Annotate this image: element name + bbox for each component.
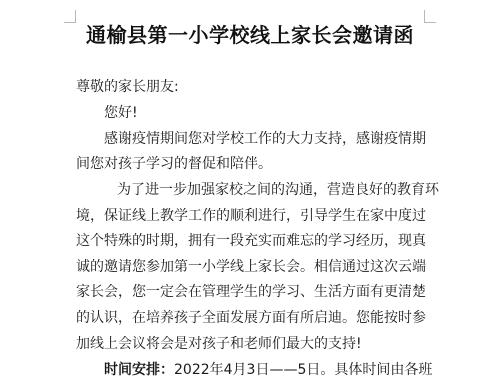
document-title: 通榆县第一小学校线上家长会邀请函 [0,22,500,48]
paragraph-1-line-2: 间您对孩子学习的督促和陪伴。 [76,155,272,173]
paragraph-2-line-1: 为了进一步加强家校之间的沟通，营造良好的教育环 [117,181,439,199]
paragraph-2-line-4: 诚的邀请您参加第一小学线上家长会。相信通过这次云端 [76,258,426,276]
schedule-label: 时间安排： [104,362,174,378]
paragraph-2-line-6: 的认识，在培养孩子全面发展方面有所启迪。您能按时参 [76,309,426,327]
salutation: 尊敬的家长朋友: [76,78,179,96]
schedule-text: 2022年4月3日——5日。具体时间由各班 [174,362,432,378]
paragraph-1-line-1: 感谢疫情期间您对学校工作的大力支持，感谢疫情期 [104,130,426,148]
paragraph-2-line-7: 加线上会议将会是对孩子和老师们最大的支持! [76,335,362,353]
paragraph-2-line-5: 家长会，您一定会在管理学生的学习、生活方面有更清楚 [76,283,426,301]
document-page: 通榆县第一小学校线上家长会邀请函 尊敬的家长朋友: 您好! 感谢疫情期间您对学校… [0,0,500,392]
paragraph-2-line-3: 这个特殊的时期，拥有一段充实而难忘的学习经历，现真 [76,232,426,250]
greeting: 您好! [104,104,138,122]
paragraph-2-line-2: 境，保证线上教学工作的顺利进行，引导学生在家中度过 [76,207,426,225]
schedule-line: 时间安排：2022年4月3日——5日。具体时间由各班 [104,361,432,379]
